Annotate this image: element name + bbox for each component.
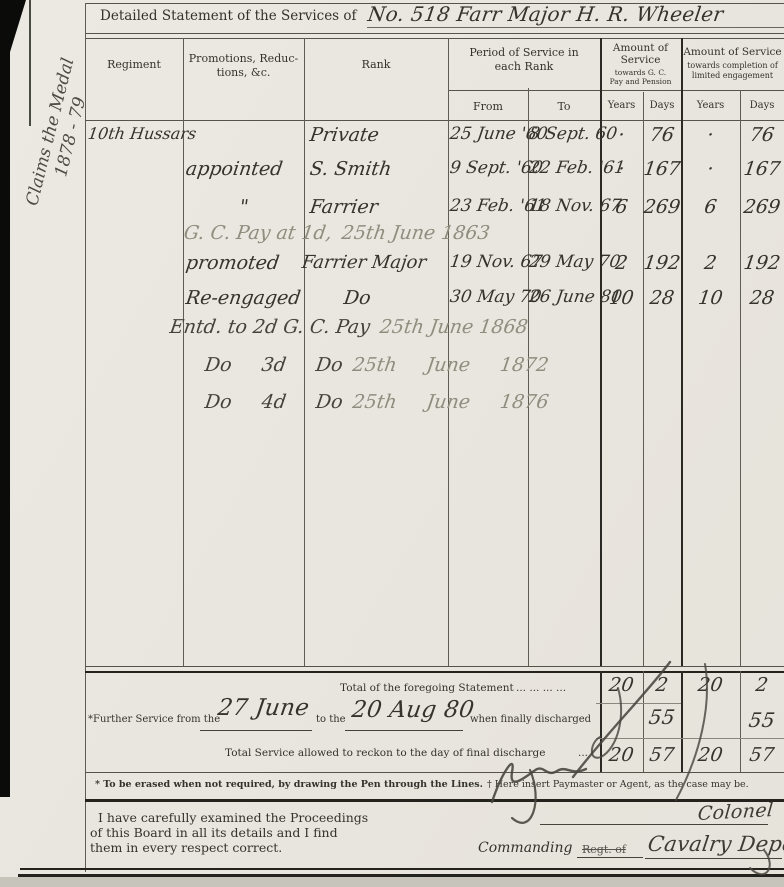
footnote-paymaster: † Here insert Paymaster or Agent, as the… <box>487 779 749 790</box>
certification-line3: them in every respect correct. <box>90 840 282 855</box>
total1-years-limited: 20 <box>679 674 741 696</box>
total2-days-gc: 55 <box>641 705 682 729</box>
further-service-from-value: 27 June <box>216 695 311 721</box>
cell-years-gc: 10 <box>598 287 644 309</box>
cell-to: 18 Nov. 67 <box>528 196 601 216</box>
rule <box>85 799 784 802</box>
cell-days-gc: 76 <box>641 124 682 146</box>
rule <box>85 38 784 39</box>
total-service-label: Total Service allowed to reckon to the d… <box>225 747 545 759</box>
further-service-mid: to the <box>316 714 346 725</box>
cell-days-limited: 28 <box>738 287 784 309</box>
cell-regiment: 10th Hussars <box>87 124 185 143</box>
cell-days-gc: 167 <box>641 158 682 180</box>
cell-promotion-ditto: " <box>184 196 303 218</box>
cell-days-gc: 269 <box>641 196 682 218</box>
cell-days-limited: 76 <box>738 124 784 146</box>
header-gc-sub-l1: towards G. C. <box>600 68 681 77</box>
cell-from: 23 Feb. '61 <box>449 196 530 216</box>
cell-years-gc: 6 <box>598 196 644 218</box>
cell-years-gc: · <box>598 158 644 180</box>
total2-days-limited: 55 <box>738 708 784 732</box>
further-service-suffix: when finally discharged <box>470 714 591 725</box>
header-days-limited: Days <box>740 100 784 111</box>
header-gc-sub-l2: Pay and Pension <box>600 77 681 86</box>
rank-handwritten: Colonel <box>697 799 775 825</box>
photo-edge-left <box>0 0 10 797</box>
rule <box>596 738 784 739</box>
total3-years-limited: 20 <box>679 744 741 766</box>
rule <box>85 671 784 673</box>
page-crease-line <box>29 0 31 126</box>
certification-line2: of this Board in all its details and I f… <box>90 825 338 840</box>
photo-edge-corner <box>10 0 26 52</box>
header-from: From <box>448 100 528 113</box>
blank-line <box>345 730 463 731</box>
cell-promotion: Re-engaged <box>184 287 303 309</box>
total1-years-gc: 20 <box>598 674 644 696</box>
further-service-to-value: 20 Aug 80 <box>350 697 476 723</box>
rule <box>20 868 784 870</box>
header-gc-l2: Service <box>600 54 681 66</box>
cell-to: 26 June 80 <box>528 287 601 307</box>
blank-line <box>645 858 782 859</box>
certification-line1: I have carefully examined the Proceeding… <box>98 810 368 825</box>
note-gc-pay-3: Do 3d Do25th June 1872 <box>203 354 550 376</box>
header-gc-l1: Amount of <box>600 42 681 54</box>
total-service-dots: ... <box>578 747 588 759</box>
total1-days-gc: 2 <box>641 674 682 696</box>
header-limited-sub-l2: limited engagement <box>681 71 784 80</box>
cell-days-gc: 28 <box>641 287 682 309</box>
header-years-limited: Years <box>681 100 740 111</box>
table-row: promoted Farrier Major 19 Nov. 67 29 May… <box>0 252 784 286</box>
cell-from: 9 Sept. '60 <box>449 158 530 178</box>
note-gc-pay-4: Do 4d Do25th June 1876 <box>203 391 550 413</box>
signature-line <box>540 824 768 825</box>
header-limited-sub-l1: towards completion of <box>681 61 784 70</box>
form-title: Detailed Statement of the Services of <box>100 8 357 24</box>
rule <box>85 772 784 773</box>
cell-rank: Do <box>308 287 447 309</box>
rule <box>448 90 784 91</box>
total1-days-limited: 2 <box>738 674 784 696</box>
header-rank: Rank <box>304 58 448 71</box>
cell-rank: Farrier <box>308 196 447 218</box>
cell-days-gc: 192 <box>641 252 682 274</box>
header-days-gc: Days <box>643 100 681 111</box>
cell-days-limited: 167 <box>738 158 784 180</box>
cell-years-limited: · <box>679 124 741 146</box>
cell-years-gc: · <box>598 124 644 146</box>
cell-to: 29 May 70 <box>528 252 601 272</box>
scanned-service-document: Claims the Medal 1878 - 79 Detailed Stat… <box>0 0 784 887</box>
header-regiment: Regiment <box>85 58 183 71</box>
cell-from: 25 June '60 <box>449 124 530 144</box>
photo-edge-bottom <box>0 877 784 887</box>
cell-rank: Private <box>308 124 447 146</box>
cell-rank: Farrier Major <box>301 252 440 273</box>
rule <box>85 120 784 121</box>
cell-years-limited: · <box>679 158 741 180</box>
further-service-prefix: *Further Service from the <box>88 714 220 725</box>
cell-to: 22 Feb. '61 <box>528 158 601 178</box>
table-row: appointed S. Smith 9 Sept. '60 22 Feb. '… <box>0 158 784 192</box>
note-gc-pay-1: G. C. Pay at 1d,25th June 1863 <box>182 222 491 244</box>
note-gc-pay-2: Entd. to 2d G. C. Pay25th June 1868 <box>168 316 529 338</box>
title-handwritten-name: No. 518 Farr Major H. R. Wheeler <box>366 2 725 26</box>
table-row: 10th Hussars Private 25 June '60 8 Sept.… <box>0 124 784 158</box>
commanding-label: Commanding <box>478 840 572 856</box>
blank-line <box>577 857 643 858</box>
header-promotions-l1: Promotions, Reduc- <box>183 52 304 65</box>
header-period-l2: each Rank <box>448 60 600 73</box>
header-period-l1: Period of Service in <box>448 46 600 59</box>
regt-of-label-struck: Regt. of <box>582 843 626 856</box>
footnote-erase: * To be erased when not required, by dra… <box>95 779 483 790</box>
total3-days-limited: 57 <box>738 744 784 766</box>
cell-from: 19 Nov. 67 <box>449 252 530 272</box>
header-to: To <box>528 100 600 113</box>
cell-years-gc: 2 <box>598 252 644 274</box>
cell-to: 8 Sept. 60 <box>528 124 601 144</box>
rule <box>85 33 784 34</box>
title-underline <box>367 27 784 28</box>
total-foregoing-label: Total of the foregoing Statement <box>340 682 514 694</box>
rule <box>85 666 784 667</box>
blank-line <box>200 730 312 731</box>
total3-years-gc: 20 <box>598 744 644 766</box>
cell-rank: S. Smith <box>308 158 447 180</box>
cell-from: 30 May 70 <box>449 287 530 307</box>
rule <box>596 703 681 704</box>
cell-years-limited: 2 <box>679 252 741 274</box>
total-foregoing-dots: ... ... ... ... <box>516 682 566 694</box>
cell-days-limited: 192 <box>738 252 784 274</box>
cell-days-limited: 269 <box>738 196 784 218</box>
total3-days-gc: 57 <box>641 744 682 766</box>
cell-promotion: appointed <box>184 158 303 180</box>
cell-years-limited: 10 <box>679 287 741 309</box>
header-promotions-l2: tions, &c. <box>183 66 304 79</box>
unit-handwritten: Cavalry Depot <box>646 832 784 856</box>
header-years-gc: Years <box>600 100 643 111</box>
cell-promotion: promoted <box>184 252 303 274</box>
header-limited-l1: Amount of Service <box>681 46 784 58</box>
cell-years-limited: 6 <box>679 196 741 218</box>
